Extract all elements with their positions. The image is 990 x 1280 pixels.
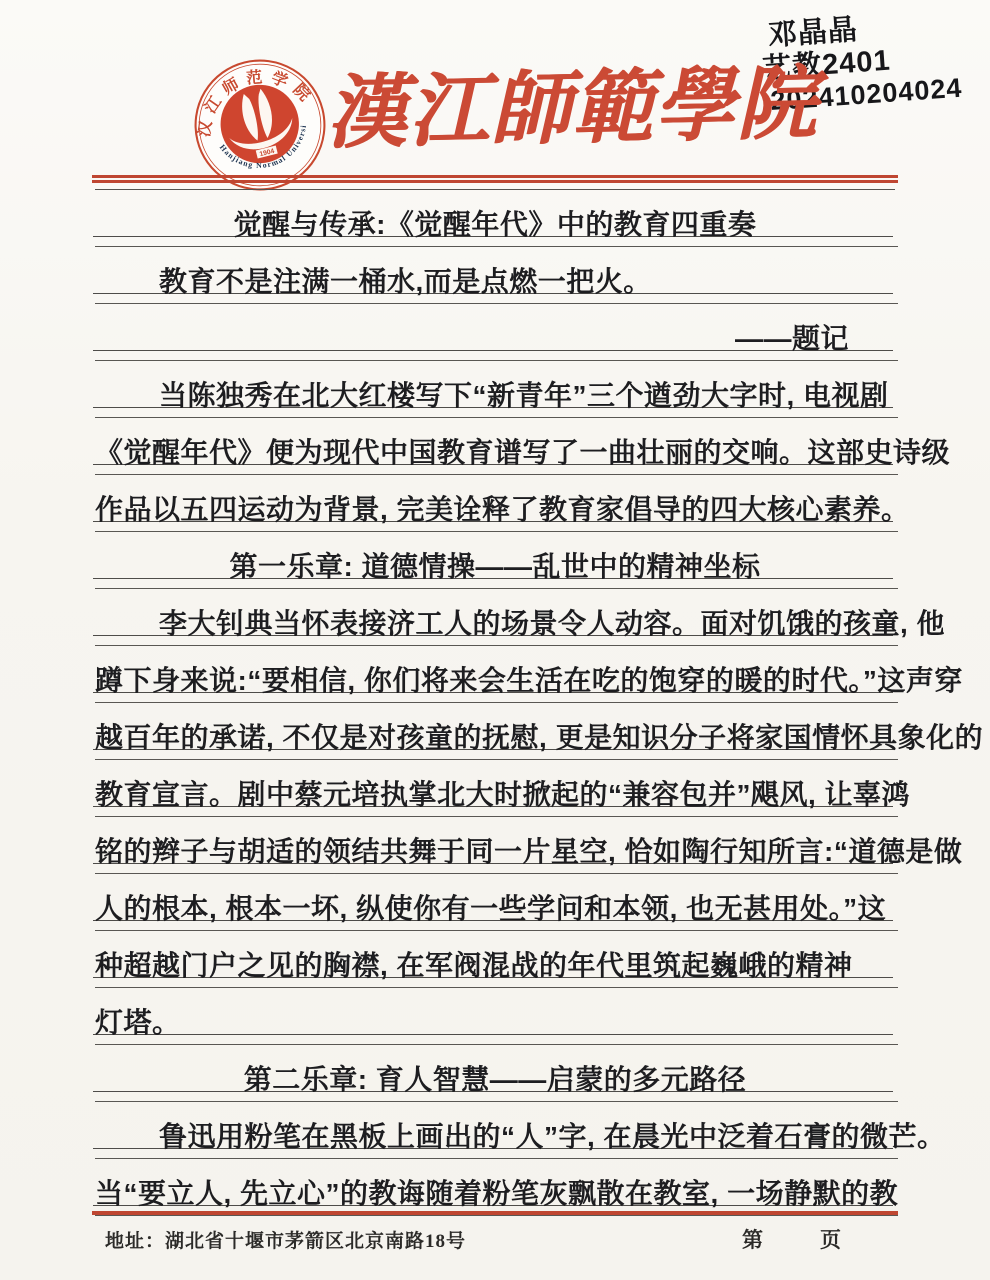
header-red-rule (92, 175, 898, 183)
handwritten-text: 当陈独秀在北大红楼写下“新青年”三个遒劲大字时, 电视剧 (159, 382, 889, 410)
manuscript-line: 人的根本, 根本一坏, 纵使你有一些学问和本领, 也无甚用处。”这 (95, 874, 895, 931)
handwritten-text: 蹲下身来说:“要相信, 你们将来会生活在吃的饱穿的暖的时代。”这声穿 (95, 667, 963, 695)
manuscript-line: 种超越门户之见的胸襟, 在军阀混战的年代里筑起巍峨的精神 (95, 931, 895, 988)
handwritten-text: 第二乐章: 育人智慧——启蒙的多元路径 (244, 1066, 747, 1094)
page-number-suffix: 页 (820, 1224, 841, 1254)
footer-red-rule (92, 1211, 898, 1215)
handwritten-text: 觉醒与传承:《觉醒年代》中的教育四重奏 (234, 211, 757, 239)
university-seal-logo: 1904 汉江师范学院 Hanjiang Normal University (193, 58, 327, 192)
address-text: 地址：湖北省十堰市茅箭区北京南路18号 (105, 1226, 466, 1253)
seal-icon: 1904 汉江师范学院 Hanjiang Normal University (193, 58, 327, 192)
handwritten-text: 铭的辫子与胡适的领结共舞于同一片星空, 恰如陶行知所言:“道德是做 (95, 838, 962, 866)
manuscript-line: 教育宣言。剧中蔡元培执掌北大时掀起的“兼容包并”飓风, 让辜鸿 (95, 760, 895, 817)
manuscript-line: 第一乐章: 道德情操——乱世中的精神坐标 (95, 532, 895, 589)
handwritten-text: 灯塔。 (95, 1009, 181, 1037)
manuscript-line: 蹲下身来说:“要相信, 你们将来会生活在吃的饱穿的暖的时代。”这声穿 (95, 646, 895, 703)
handwritten-text: 《觉醒年代》便为现代中国教育谱写了一曲壮丽的交响。这部史诗级 (95, 439, 950, 467)
manuscript-line: 鲁迅用粉笔在黑板上画出的“人”字, 在晨光中泛着石膏的微芒。 (95, 1102, 895, 1159)
manuscript-line: 铭的辫子与胡适的领结共舞于同一片星空, 恰如陶行知所言:“道德是做 (95, 817, 895, 874)
footer: 地址：湖北省十堰市茅箭区北京南路18号 第 页 (0, 1222, 990, 1262)
page-number-prefix: 第 (742, 1224, 763, 1254)
handwritten-text: 教育宣言。剧中蔡元培执掌北大时掀起的“兼容包并”飓风, 让辜鸿 (95, 781, 910, 809)
handwritten-text: 教育不是注满一桶水,而是点燃一把火。 (159, 268, 652, 296)
handwritten-text: 第一乐章: 道德情操——乱世中的精神坐标 (229, 553, 760, 581)
manuscript-line: 灯塔。 (95, 988, 895, 1045)
manuscript-line: 当“要立人, 先立心”的教诲随着粉笔灰飘散在教室, 一场静默的教 (95, 1159, 895, 1216)
manuscript-line: 李大钊典当怀表接济工人的场景令人动容。面对饥饿的孩童, 他 (95, 589, 895, 646)
university-name-calligraphy: 漢江師範學院 (325, 39, 798, 179)
handwritten-text: 种超越门户之见的胸襟, 在军阀混战的年代里筑起巍峨的精神 (95, 952, 853, 980)
manuscript-line: 觉醒与传承:《觉醒年代》中的教育四重奏 (95, 190, 895, 247)
manuscript-line: 教育不是注满一桶水,而是点燃一把火。 (95, 247, 895, 304)
handwritten-text: 越百年的承诺, 不仅是对孩童的抚慰, 更是知识分子将家国情怀具象化的 (95, 724, 983, 752)
manuscript-line: ——题记 (95, 304, 895, 361)
manuscript-body: 觉醒与传承:《觉醒年代》中的教育四重奏 教育不是注满一桶水,而是点燃一把火。 —… (95, 189, 895, 1216)
handwritten-text: 人的根本, 根本一坏, 纵使你有一些学问和本领, 也无甚用处。”这 (95, 895, 886, 923)
handwritten-text: 作品以五四运动为背景, 完美诠释了教育家倡导的四大核心素养。 (95, 496, 910, 524)
handwritten-text: 鲁迅用粉笔在黑板上画出的“人”字, 在晨光中泛着石膏的微芒。 (159, 1123, 946, 1151)
manuscript-line: 第二乐章: 育人智慧——启蒙的多元路径 (95, 1045, 895, 1102)
handwritten-text: 李大钊典当怀表接济工人的场景令人动容。面对饥饿的孩童, 他 (159, 610, 945, 638)
manuscript-line: 《觉醒年代》便为现代中国教育谱写了一曲壮丽的交响。这部史诗级 (95, 418, 895, 475)
handwritten-text: 当“要立人, 先立心”的教诲随着粉笔灰飘散在教室, 一场静默的教 (95, 1180, 898, 1208)
manuscript-line: 越百年的承诺, 不仅是对孩童的抚慰, 更是知识分子将家国情怀具象化的 (95, 703, 895, 760)
handwritten-text: ——题记 (735, 325, 849, 353)
manuscript-line: 作品以五四运动为背景, 完美诠释了教育家倡导的四大核心素养。 (95, 475, 895, 532)
manuscript-line: 当陈独秀在北大红楼写下“新青年”三个遒劲大字时, 电视剧 (95, 361, 895, 418)
letterhead-page: 邓晶晶 艺教2401 202410204024 1904 汉江师范 (0, 0, 990, 1280)
